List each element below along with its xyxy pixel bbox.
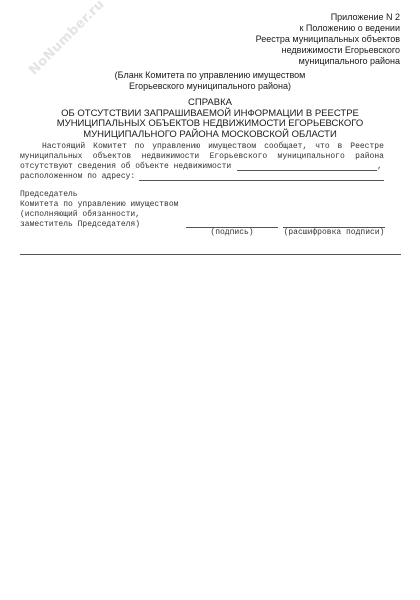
appendix-line: муниципального района bbox=[256, 56, 400, 67]
letterhead-line: Егорьевского муниципального района) bbox=[0, 81, 420, 92]
word: объектов bbox=[93, 152, 131, 162]
word: сообщает, bbox=[264, 142, 307, 152]
bottom-divider bbox=[20, 254, 401, 255]
signatory-block: Председатель Комитета по управлению имущ… bbox=[20, 190, 178, 230]
appendix-line: недвижимости Егорьевского bbox=[256, 45, 400, 56]
word: муниципального bbox=[278, 152, 345, 162]
object-field[interactable] bbox=[237, 162, 377, 171]
word: района bbox=[355, 152, 384, 162]
word: что bbox=[315, 142, 329, 152]
appendix-line: Реестра муниципальных объектов bbox=[256, 34, 400, 45]
word: Реестре bbox=[350, 142, 384, 152]
title-line: МУНИЦИПАЛЬНОГО РАЙОНА МОСКОВСКОЙ ОБЛАСТИ bbox=[0, 130, 420, 141]
word: в bbox=[338, 142, 343, 152]
signature-caption: (подпись) bbox=[186, 228, 278, 237]
object-label: отсутствуют сведения об объекте недвижим… bbox=[20, 162, 231, 172]
signatory-line: (исполняющий обязанности, bbox=[20, 210, 178, 220]
word: имуществом bbox=[208, 142, 256, 152]
comma: , bbox=[377, 162, 382, 172]
signatory-line: заместитель Председателя) bbox=[20, 220, 178, 230]
appendix-line: Приложение N 2 bbox=[256, 12, 400, 23]
word: недвижимости bbox=[142, 152, 200, 162]
signature-decoding-caption: (расшифровка подписи) bbox=[283, 228, 385, 237]
body-line-4: расположенном по адресу: bbox=[20, 172, 384, 182]
body-paragraph: Настоящий Комитет по управлению имуществ… bbox=[20, 142, 384, 182]
word: управлению bbox=[152, 142, 200, 152]
body-line-3: отсутствуют сведения об объекте недвижим… bbox=[20, 162, 384, 172]
signatory-line: Комитета по управлению имуществом bbox=[20, 200, 178, 210]
body-line-2: муниципальных объектов недвижимости Егор… bbox=[20, 152, 384, 162]
word: по bbox=[135, 142, 145, 152]
letterhead-line: (Бланк Комитета по управлению имуществом bbox=[0, 70, 420, 81]
title-line: МУНИЦИПАЛЬНЫХ ОБЪЕКТОВ НЕДВИЖИМОСТИ ЕГОР… bbox=[0, 119, 420, 130]
word: муниципальных bbox=[20, 152, 82, 162]
title-line: СПРАВКА bbox=[0, 98, 420, 109]
body-line-1: Настоящий Комитет по управлению имуществ… bbox=[20, 142, 384, 152]
word: Комитет bbox=[93, 142, 127, 152]
address-label: расположенном по адресу: bbox=[20, 172, 135, 182]
letterhead-note: (Бланк Комитета по управлению имуществом… bbox=[0, 70, 420, 91]
signatory-line: Председатель bbox=[20, 190, 178, 200]
address-field[interactable] bbox=[139, 172, 384, 181]
word: Настоящий bbox=[42, 142, 85, 152]
document-title: СПРАВКА ОБ ОТСУТСТВИИ ЗАПРАШИВАЕМОЙ ИНФО… bbox=[0, 98, 420, 140]
appendix-header: Приложение N 2 к Положению о ведении Рее… bbox=[256, 12, 400, 67]
appendix-line: к Положению о ведении bbox=[256, 23, 400, 34]
word: Егорьевского bbox=[210, 152, 268, 162]
